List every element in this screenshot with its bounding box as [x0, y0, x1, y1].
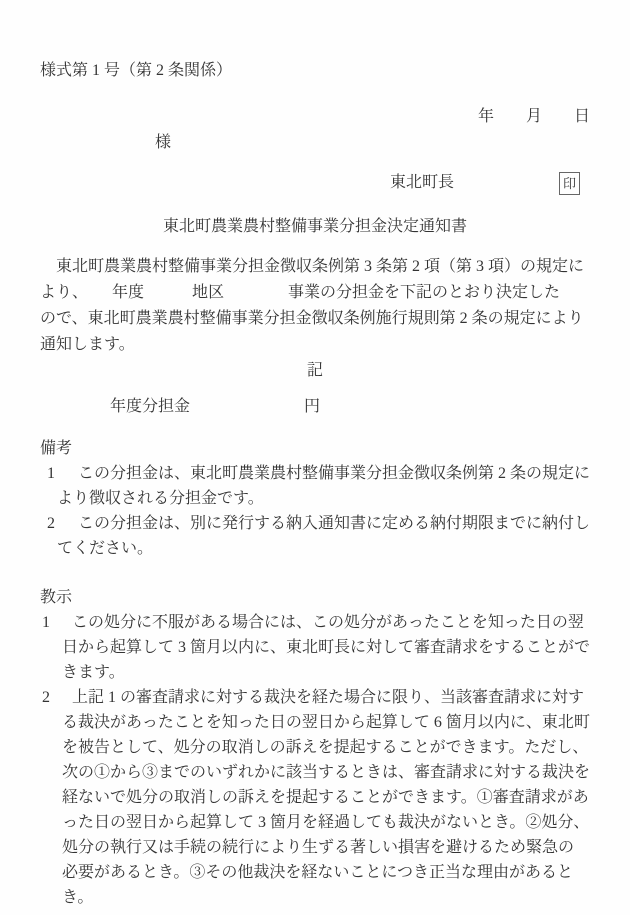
body-paragraph-line: 通知します。 [40, 332, 590, 358]
remarks-item-line: てください。 [40, 536, 590, 561]
body-paragraph-line: ので、東北町農業農村整備事業分担金徴収条例施行規則第 2 条の規定により [40, 306, 590, 332]
remarks-item: 2 この分担金は、別に発行する納入通知書に定める納付期限までに納付し てください… [40, 511, 590, 561]
body-paragraph-line: 東北町農業農村整備事業分担金徴収条例第 3 条第 2 項（第 3 項）の規定に [40, 254, 590, 280]
amount-unit: 円 [304, 398, 320, 415]
instructions-section: 教示 1 この処分に不服がある場合には、この処分があったことを知った日の翌 日か… [40, 585, 590, 910]
remarks-section: 備考 1 この分担金は、東北町農業農村整備事業分担金徴収条例第 2 条の規定に … [40, 436, 590, 561]
sender-row: 東北町長 印 [40, 170, 590, 196]
instructions-item-line: きます。 [40, 660, 590, 685]
seal-stamp-box: 印 [559, 172, 580, 195]
instructions-item: 1 この処分に不服がある場合には、この処分があったことを知った日の翌 日から起算… [40, 610, 590, 685]
instructions-item-line: 上記 1 の審査請求に対する裁決を経た場合に限り、当該審査請求に対す [72, 685, 584, 710]
amount-line: 年度分担金 円 [40, 394, 590, 420]
remarks-item-line: より徴収される分担金です。 [40, 486, 590, 511]
body-paragraph: 東北町農業農村整備事業分担金徴収条例第 3 条第 2 項（第 3 項）の規定に … [40, 254, 590, 358]
amount-label: 年度分担金 [110, 398, 190, 415]
addressee-suffix: 様 [40, 130, 590, 156]
remarks-item-line: この分担金は、別に発行する納入通知書に定める納付期限までに納付し [78, 511, 590, 536]
issue-date: 年 月 日 [40, 104, 590, 130]
sender-title: 東北町長 [390, 170, 454, 196]
instructions-item-line: 日から起算して 3 箇月以内に、東北町長に対して審査請求をすることがで [40, 635, 590, 660]
instructions-item: 2 上記 1 の審査請求に対する裁決を経た場合に限り、当該審査請求に対す る裁決… [40, 685, 590, 910]
instructions-item-line: この処分に不服がある場合には、この処分があったことを知った日の翌 [72, 610, 584, 635]
instructions-item-number: 2 [42, 685, 72, 710]
instructions-heading: 教示 [40, 585, 590, 610]
remarks-item-line: この分担金は、東北町農業農村整備事業分担金徴収条例第 2 条の規定に [78, 461, 590, 486]
document-title: 東北町農業農村整備事業分担金決定通知書 [40, 214, 590, 240]
instructions-item-line: る裁決があったことを知った日の翌日から起算して 6 箇月以内に、東北町 [40, 710, 590, 735]
document-page: 様式第 1 号（第 2 条関係） 年 月 日 様 東北町長 印 東北町農業農村整… [0, 0, 630, 915]
body-paragraph-line: より、 年度 地区 事業の分担金を下記のとおり決定した [40, 280, 590, 306]
form-label: 様式第 1 号（第 2 条関係） [40, 58, 590, 84]
instructions-item-line: 処分の執行又は手続の続行により生ずる著しい損害を避けるため緊急の [40, 835, 590, 860]
instructions-item-number: 1 [42, 610, 72, 635]
ki-marker: 記 [40, 358, 590, 384]
instructions-item-line: 次の①から③までのいずれかに該当するときは、審査請求に対する裁決を [40, 760, 590, 785]
instructions-item-line: った日の翌日から起算して 3 箇月を経過しても裁決がないとき。②処分、 [40, 810, 590, 835]
remarks-item: 1 この分担金は、東北町農業農村整備事業分担金徴収条例第 2 条の規定に より徴… [40, 461, 590, 511]
remarks-item-number: 1 [47, 461, 78, 486]
remarks-item-number: 2 [47, 511, 78, 536]
instructions-item-line: 必要があるとき。③その他裁決を経ないことにつき正当な理由があるとき。 [40, 860, 590, 910]
remarks-heading: 備考 [40, 436, 590, 461]
instructions-item-line: を被告として、処分の取消しの訴えを提起することができます。ただし、 [40, 735, 590, 760]
instructions-item-line: 経ないで処分の取消しの訴えを提起することができます。①審査請求があ [40, 785, 590, 810]
